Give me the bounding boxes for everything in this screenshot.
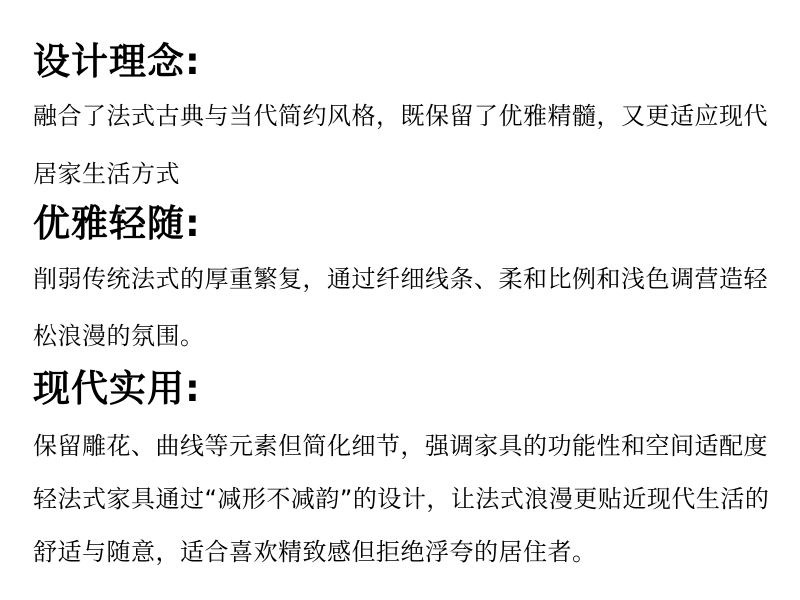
paragraph-modern-practical: 保留雕花、曲线等元素但简化细节，强调家具的功能性和空间适配度	[33, 420, 772, 473]
paragraph-elegant-casual: 削弱传统法式的厚重繁复，通过纤细线条、柔和比例和浅色调营造轻松浪漫的氛围。	[33, 251, 772, 365]
document-page: 设计理念: 融合了法式古典与当代简约风格，既保留了优雅精髓，又更适应现代居家生活…	[0, 0, 800, 600]
section-heading-modern-practical: 现代实用:	[33, 369, 772, 409]
paragraph-light-french-summary: 轻法式家具通过“减形不减韵”的设计，让法式浪漫更贴近现代生活的舒适与随意，适合喜…	[33, 473, 772, 579]
paragraph-design-concept: 融合了法式古典与当代简约风格，既保留了优雅精髓，又更适应现代居家生活方式	[33, 87, 772, 203]
section-heading-elegant-casual: 优雅轻随:	[33, 204, 772, 244]
section-heading-design-concept: 设计理念:	[33, 42, 772, 82]
